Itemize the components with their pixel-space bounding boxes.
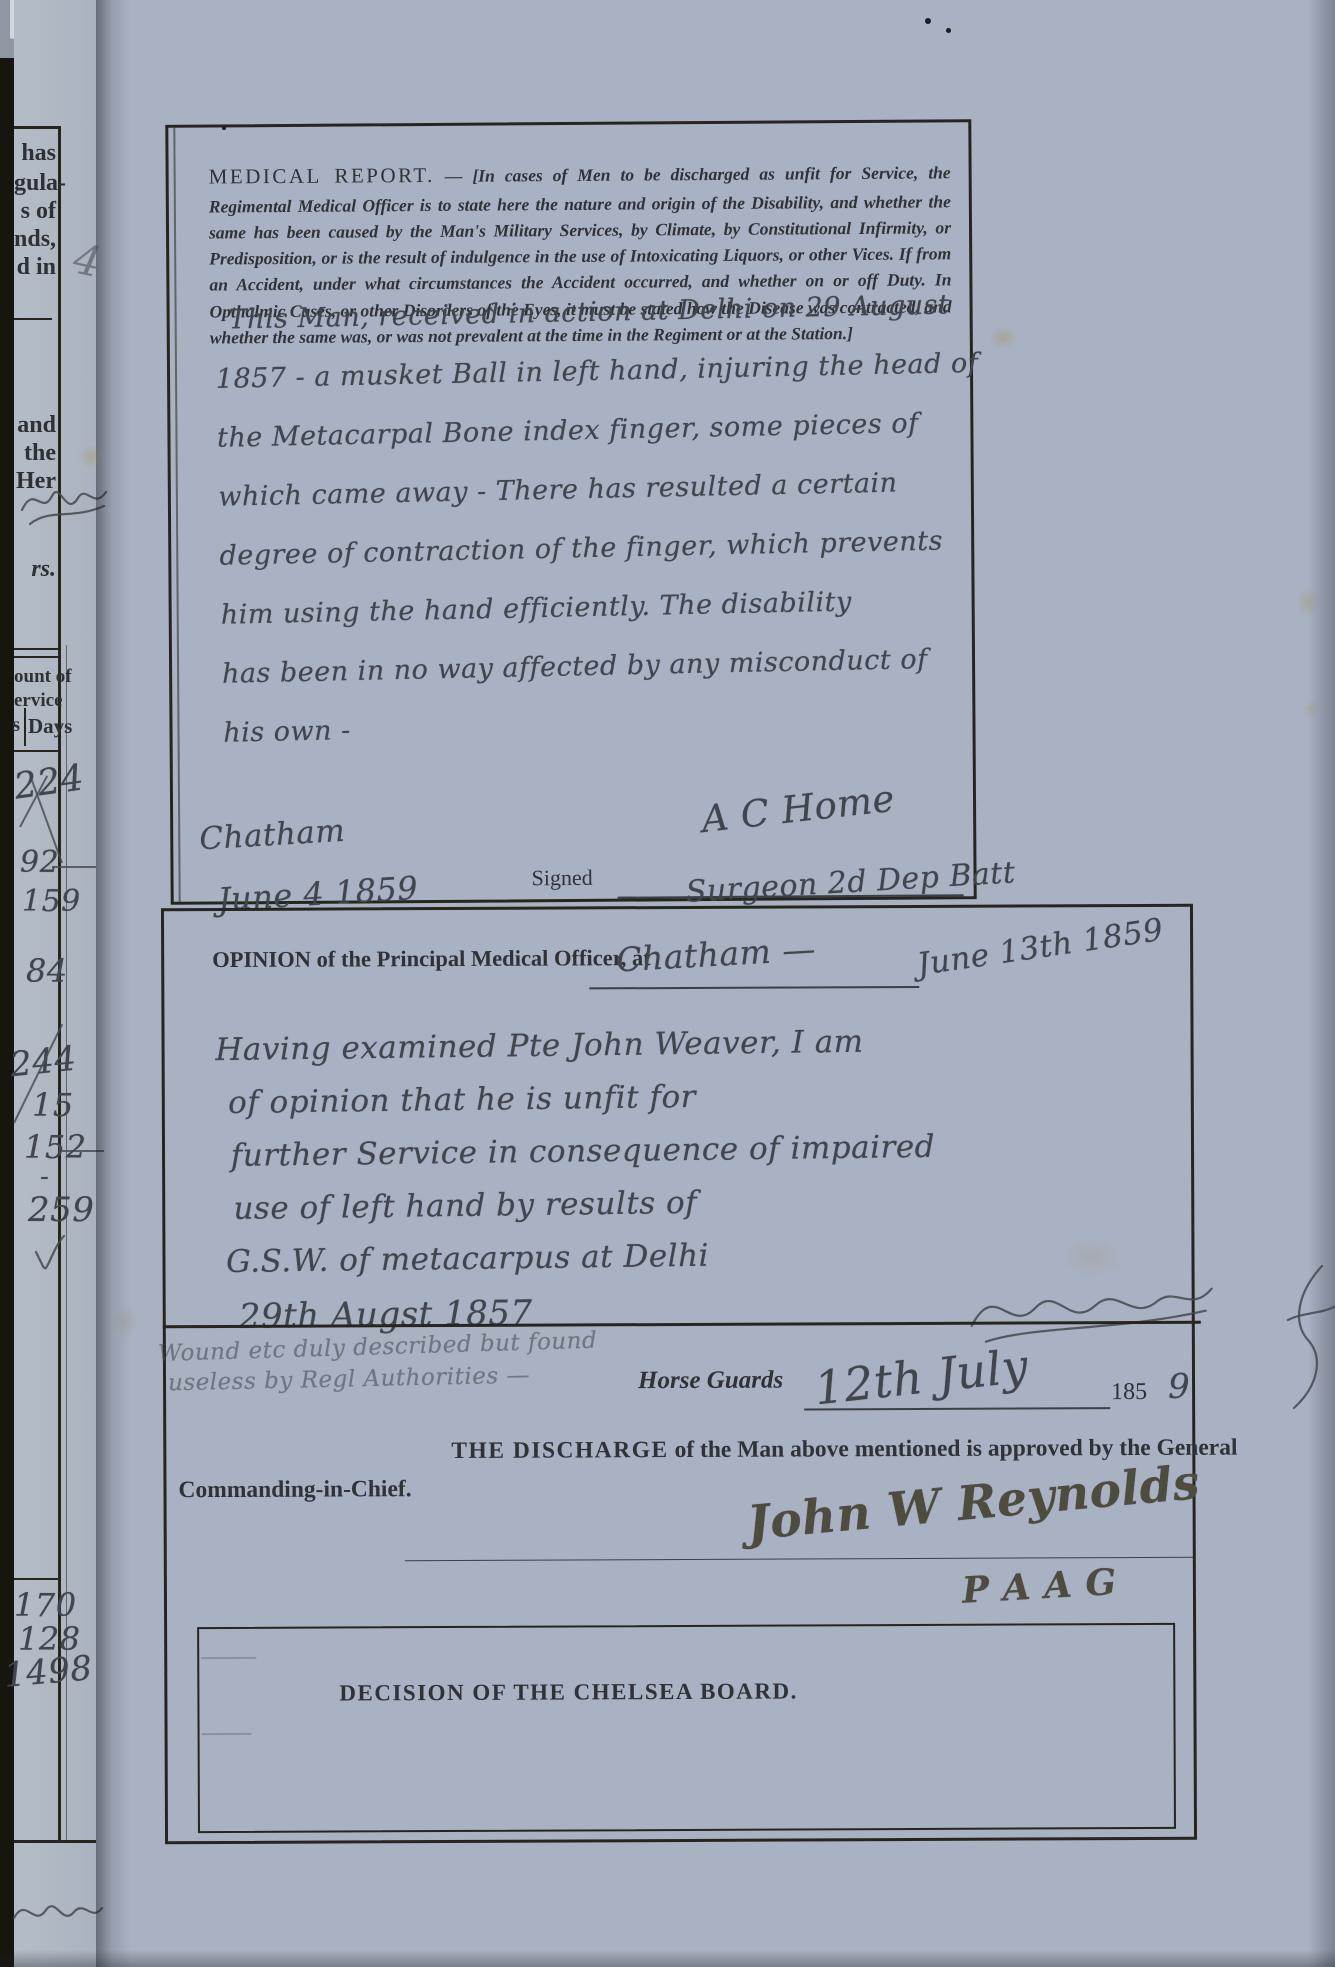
handwriting-line: G.S.W. of metacarpus at Delhi [218,1235,937,1297]
print-fragment: nds, [14,226,56,253]
surgeon-rank: Surgeon 2d Dep Batt [685,855,1017,910]
print-fragment: s of [14,198,56,225]
general-signature-line [405,1557,1195,1562]
handwriting-line: further Service in consequence of impair… [217,1129,936,1191]
table-header-fragment: ervice [14,690,58,712]
print-fragment: and [14,412,56,439]
written-value: 15 [32,1086,74,1124]
ink-speck [925,18,931,24]
discharge-strong: THE DISCHARGE [451,1437,668,1464]
scanned-document-page: has gula- s of nds, d in and the Her rs.… [0,0,1335,1967]
medical-report-box: MEDICAL REPORT. — [In cases of Men to be… [165,119,976,905]
paper-stain [112,1306,138,1338]
opinion-date: June 13th 1859 [915,912,1166,983]
print-fragment: has [14,140,56,167]
table-header-fragment: ount of [14,666,58,688]
column-header-days: Days [28,714,70,739]
handwriting-scrawl [12,1888,104,1934]
paper-stain [1302,698,1320,720]
table-rule [14,648,60,650]
written-value: 92 [20,845,59,880]
written-value: 152 [24,1128,87,1166]
written-value: 170 [14,1586,77,1624]
page-rule [14,1840,96,1843]
chelsea-board-box: DECISION OF THE CHELSEA BOARD. [197,1623,1176,1833]
opinion-discharge-box: OPINION of the Principal Medical Officer… [161,904,1197,1844]
print-fragment: d in [14,254,56,281]
horse-guards-label: Horse Guards [638,1367,783,1396]
paper-stain [988,326,1018,350]
page-bottom-edge [0,1950,1335,1967]
written-value: 159 [22,884,81,919]
faint-annotation-line: useless by Regl Authorities — [168,1362,530,1396]
print-fragment: rs. [14,556,56,583]
signed-label: Signed [531,865,592,891]
paper-stain [78,444,104,470]
surgeon-signature: A C Home [699,777,897,841]
general-rank: P A A G [961,1561,1118,1612]
commanding-in-chief: Commanding-in-Chief. [178,1476,411,1504]
general-signature: John W Reynolds [745,1455,1202,1551]
report-place: Chatham [198,813,346,858]
handwriting-line: of opinion that he is unfit for [216,1076,935,1138]
medical-report-title: MEDICAL REPORT. [209,163,435,189]
gutter-shadow [96,0,132,1967]
chelsea-board-title: DECISION OF THE CHELSEA BOARD. [339,1678,798,1706]
written-value: 259 [28,1190,94,1230]
column-header: s [6,714,20,737]
margin-flourish-scrawl [1282,1262,1335,1412]
opinion-place-line [589,986,919,989]
table-rule [14,656,60,658]
page-right-edge [1308,0,1335,1967]
written-value: 84 [26,952,68,990]
handwriting-line: Having examined Pte John Weaver, I am [215,1023,934,1085]
opinion-place: Chatham — [615,929,817,979]
year-printed: 185 [1111,1379,1147,1406]
table-border-top [14,126,60,129]
medical-report-handwriting: This Man, received in action at Delhi on… [214,289,986,777]
table-rule [14,1578,60,1580]
pen-stroke [52,866,96,868]
ink-speck [946,28,951,33]
column-divider [24,708,26,746]
previous-page-strip: has gula- s of nds, d in and the Her rs.… [14,0,96,1967]
faint-mark [202,1733,252,1735]
written-value: 1498 [2,1648,94,1696]
table-rule [14,750,60,752]
pmo-signature-scrawl [966,1259,1216,1350]
opinion-handwriting: Having examined Pte John Weaver, I am of… [215,1023,937,1350]
discharge-approval-line: THE DISCHARGE of the Man above mentioned… [451,1435,1237,1465]
rule-fragment [14,318,52,320]
faint-mark [201,1657,256,1659]
written-value: 224 [11,757,86,807]
horse-guards-date: 12th July [812,1338,1031,1415]
year-written: 9 [1168,1367,1190,1407]
written-value: - [40,1162,49,1192]
paper-stain [1296,586,1320,618]
check-mark-scrawl [32,1234,66,1274]
handwriting-line: use of left hand by results of [217,1182,936,1244]
print-fragment: gula- [14,170,56,197]
opinion-label: OPINION of the Principal Medical Officer… [212,945,651,973]
